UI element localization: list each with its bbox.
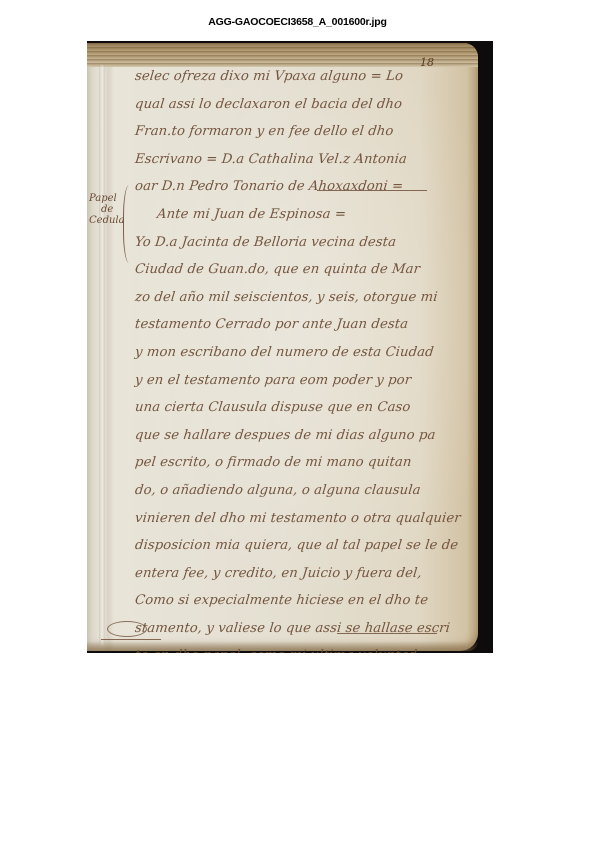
- text-line: Ciudad de Guan.do, que en quinta de Mar: [134, 256, 467, 284]
- line-flourish: [337, 633, 437, 634]
- text-line: Como si expecialmente hiciese en el dho …: [134, 587, 467, 615]
- text-line: oar D.n Pedro Tonario de Ahoxaxdoni =: [134, 173, 467, 201]
- text-line: qual assi lo declaxaron el bacia del dho: [134, 91, 467, 119]
- page-fold: [99, 65, 105, 645]
- text-line: que se hallare despues de mi dias alguno…: [134, 422, 467, 450]
- text-line: y en el testamento para eom poder y por: [134, 367, 467, 395]
- text-line: testamento Cerrado por ante Juan desta: [134, 311, 467, 339]
- text-line: Yo D.a Jacinta de Belloria vecina desta: [134, 229, 467, 257]
- manuscript-text: selec ofreza dixo mi Vpaxa alguno = Lo q…: [135, 63, 465, 653]
- rubric-flourish-icon: [107, 621, 147, 637]
- text-line: Ante mi Juan de Espinosa =: [134, 201, 467, 229]
- line-flourish: [317, 190, 427, 191]
- text-line: do, o añadiendo alguna, o alguna clausul…: [134, 477, 467, 505]
- page-bottom-edge: [87, 641, 478, 651]
- manuscript-page: 18 Papel de Cedula selec ofreza dixo mi …: [87, 43, 478, 651]
- text-line: Fran.to formaron y en fee dello el dho: [134, 118, 467, 146]
- manuscript-scan: 18 Papel de Cedula selec ofreza dixo mi …: [87, 41, 493, 653]
- text-line: y mon escribano del numero de esta Ciuda…: [134, 339, 467, 367]
- line-flourish: [101, 639, 161, 640]
- file-name-title: AGG-GAOCOECI3658_A_001600r.jpg: [0, 16, 595, 28]
- text-line: zo del año mil seiscientos, y seis, otor…: [134, 284, 467, 312]
- text-line: pel escrito, o firmado de mi mano quitan: [134, 449, 467, 477]
- text-line: stamento, y valiese lo que assi se halla…: [134, 615, 467, 643]
- text-line: entera fee, y credito, en Juicio y fuera…: [134, 560, 467, 588]
- text-line: disposicion mia quiera, que al tal papel…: [134, 532, 467, 560]
- text-line: selec ofreza dixo mi Vpaxa alguno = Lo: [134, 63, 467, 91]
- text-line: vinieren del dho mi testamento o otra qu…: [134, 505, 467, 533]
- text-line: una cierta Clausula dispuse que en Caso: [134, 394, 467, 422]
- text-line: Escrivano = D.a Cathalina Vel.z Antonia: [134, 146, 467, 174]
